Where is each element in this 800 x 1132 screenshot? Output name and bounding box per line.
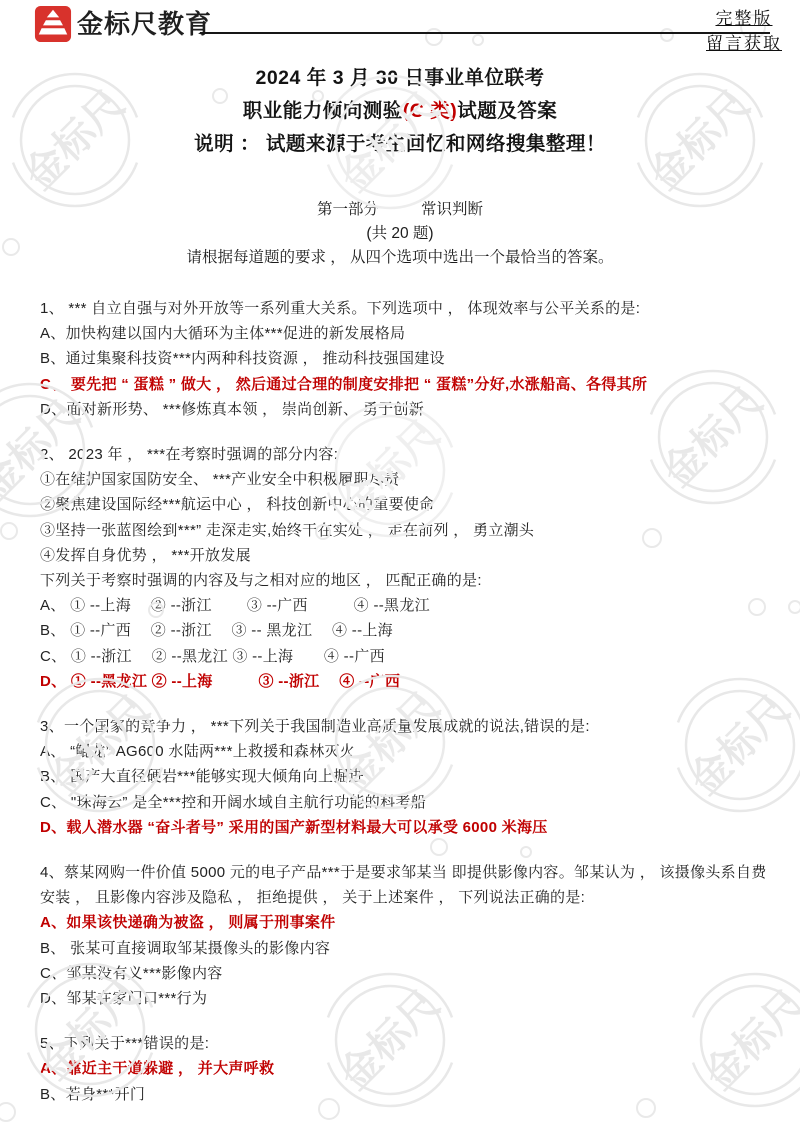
option-line: B、 张某可直接调取邹某摄像头的影像内容 (40, 936, 770, 961)
question-stem: 1、 *** 自立自强与对外开放等一系列重大关系。下列选项中 ， 体现效率与公平… (40, 296, 770, 321)
question-item: ①在维护国家国防安全、 ***产业安全中积极履职尽责 (40, 467, 770, 492)
question-stem: 4、蔡某网购一件价值 5000 元的电子产品***于是要求邹某当 即提供影像内容… (40, 860, 770, 910)
section-block: 第一部分常识判断 (共 20 题) 请根据每道题的要求 ， 从四个选项中选出一个… (0, 198, 800, 270)
option-line: D、面对新形势、 ***修炼真本领 ， 崇尚创新、 勇于创新 (40, 397, 770, 422)
section-part: 第一部分 (317, 201, 379, 218)
corner-note: 完整版 留言获取 (706, 6, 782, 56)
section-instruction: 请根据每道题的要求 ， 从四个选项中选出一个最恰当的答案。 (0, 246, 800, 270)
option-line-answer: D、 ① --黑龙江 ② --上海 ③ --浙江 ④ --广西 (40, 669, 770, 694)
header-rule (200, 32, 770, 34)
question-item: ④发挥自身优势 ， ***开放发展 (40, 543, 770, 568)
question-1: 1、 *** 自立自强与对外开放等一系列重大关系。下列选项中 ， 体现效率与公平… (40, 296, 770, 422)
option-line: B、 ① --广西 ② --浙江 ③ -- 黑龙江 ④ --上海 (40, 618, 770, 643)
question-stem: 5、下列关于***错误的是: (40, 1031, 770, 1056)
corner-line-1: 完整版 (706, 6, 782, 31)
question-2: 2、 2023 年 ， ***在考察时强调的部分内容: ①在维护国家国防安全、 … (40, 442, 770, 694)
title-line-2: 职业能力倾向测验(C 类)试题及答案 (0, 95, 800, 128)
question-item: ③坚持一张蓝图绘到***” 走深走实,始终干在实处 ， 走在前列 ， 勇立潮头 (40, 518, 770, 543)
question-stem: 3、一个国家的竞争力 ， ***下列关于我国制造业高质量发展成就的说法,错误的是… (40, 714, 770, 739)
option-line-answer: D、载人潜水器 “奋斗者号” 采用的国产新型材料最大可以承受 6000 米海压 (40, 815, 770, 840)
question-stem: 2、 2023 年 ， ***在考察时强调的部分内容: (40, 442, 770, 467)
title-block: 2024 年 3 月 30 日事业单位联考 职业能力倾向测验(C 类)试题及答案… (0, 62, 800, 161)
corner-line-2: 留言获取 (706, 31, 782, 56)
option-line: C、 "珠海云” 是全***控和开阔水域自主航行功能的科考船 (40, 790, 770, 815)
title-line-1: 2024 年 3 月 30 日事业单位联考 (0, 62, 800, 95)
title-line-2-pre: 职业能力倾向测验 (243, 100, 403, 122)
option-line-answer: C、 要先把 “ 蛋糕 ” 做大 ， 然后通过合理的制度安排把 “ 蛋糕”分好,… (40, 372, 770, 397)
option-line: C、邹某没有义***影像内容 (40, 961, 770, 986)
section-count: (共 20 题) (0, 222, 800, 246)
page-header: 金标尺教育 完整版 留言获取 (0, 0, 800, 58)
question-substem: 下列关于考察时强调的内容及与之相对应的地区 ， 匹配正确的是: (40, 568, 770, 593)
title-line-2-red: (C 类) (403, 100, 458, 122)
question-item: ②聚焦建设国际经***航运中心 ， 科技创新中心的重要使命 (40, 492, 770, 517)
section-name: 常识判断 (421, 201, 483, 218)
option-line-answer: A、如果该快递确为被盗 ， 则属于刑事案件 (40, 910, 770, 935)
document-page: 金标尺 金标尺 金标尺 金标尺 (0, 0, 800, 1132)
option-line: A、 “鲲龙” AG600 水陆两***上救援和森林灭火 (40, 739, 770, 764)
question-4: 4、蔡某网购一件价值 5000 元的电子产品***于是要求邹某当 即提供影像内容… (40, 860, 770, 1011)
option-line: B、若身***开门 (40, 1082, 770, 1107)
option-line: B、通过集聚科技资***内两种科技资源 ， 推动科技强国建设 (40, 346, 770, 371)
brand-logo-icon (34, 5, 72, 43)
question-3: 3、一个国家的竞争力 ， ***下列关于我国制造业高质量发展成就的说法,错误的是… (40, 714, 770, 840)
option-line: B、 国产大直径硬岩***能够实现大倾角向上掘进 (40, 764, 770, 789)
brand-name: 金标尺教育 (77, 5, 212, 43)
option-line: A、加快构建以国内大循环为主体***促进的新发展格局 (40, 321, 770, 346)
question-list: 1、 *** 自立自强与对外开放等一系列重大关系。下列选项中 ， 体现效率与公平… (0, 270, 800, 1107)
section-heading: 第一部分常识判断 (0, 198, 800, 222)
title-line-2-post: 试题及答案 (457, 100, 557, 122)
title-line-3: 说明 ： 试题来源于考生回忆和网络搜集整理！ (0, 128, 800, 161)
option-line: A、 ① --上海 ② --浙江 ③ --广西 ④ --黑龙江 (40, 593, 770, 618)
brand-logo: 金标尺教育 (34, 5, 212, 43)
option-line: C、 ① --浙江 ② --黑龙江 ③ --上海 ④ --广西 (40, 644, 770, 669)
question-5: 5、下列关于***错误的是: A、靠近主干道躲避 ， 并大声呼救 B、若身***… (40, 1031, 770, 1107)
option-line: D、邹某在家门口***行为 (40, 986, 770, 1011)
option-line-answer: A、靠近主干道躲避 ， 并大声呼救 (40, 1056, 770, 1081)
